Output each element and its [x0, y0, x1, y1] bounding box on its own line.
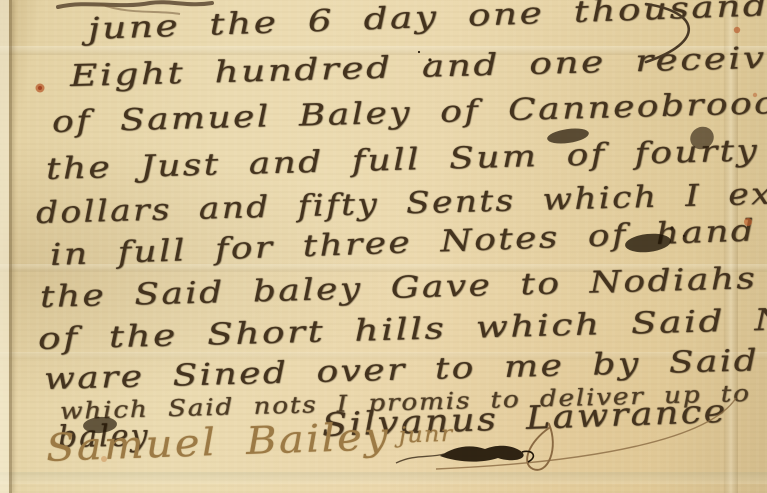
ink-flourish-overlay	[0, 0, 767, 493]
paper-texture	[0, 0, 767, 493]
manuscript-line-4: the Just and full Sum of fourty Nine	[46, 130, 767, 187]
signature-silvanus-lawrance: Silvanus Lawrance	[321, 392, 728, 444]
paper-left-edge-line	[9, 0, 12, 493]
ink-smudge	[440, 446, 524, 462]
signature-descender-loop	[527, 424, 553, 470]
manuscript-line-6: in full for three Notes of hand which	[49, 208, 767, 273]
paper-crease	[0, 46, 767, 55]
paper-crease	[0, 264, 767, 272]
paper-left-edge	[0, 0, 9, 493]
ink-speck	[428, 58, 431, 61]
paper-stain	[38, 86, 42, 90]
manuscript-page: june the 6 day one thousand Eight hundre…	[0, 0, 767, 493]
paper-crease	[0, 472, 767, 484]
manuscript-line-7: the Said baley Gave to Nodiahs potter	[40, 257, 767, 315]
paper-stain	[744, 218, 752, 226]
ink-blot-baley	[82, 416, 117, 434]
paper-stain	[753, 93, 757, 97]
ink-smudge-hook	[522, 451, 533, 462]
manuscript-line-2: Eight hundred and one received	[70, 39, 767, 94]
ink-blot-canoebrook	[546, 126, 590, 146]
manuscript-line-9: ware Sined over to me by Said potter	[44, 339, 767, 397]
manuscript-line-8: of the Short hills which Said Nots	[38, 301, 767, 357]
paper-stain	[734, 27, 740, 33]
manuscript-line-3: of Samuel Baley of Canneobroock	[52, 85, 767, 140]
pen-flourish-top-right	[646, 4, 689, 62]
paper-stain	[101, 456, 107, 462]
ink-speck	[683, 235, 685, 237]
manuscript-line-11: baley	[58, 418, 150, 455]
torn-top-edge-mark	[58, 2, 212, 7]
ink-speck	[418, 51, 420, 53]
paper-fold-crease	[724, 0, 738, 493]
signature-sweep-flourish	[436, 398, 736, 469]
manuscript-line-1: june the 6 day one thousand	[87, 0, 767, 47]
ink-speck	[670, 226, 673, 229]
signature-suffix-junr: junr	[398, 422, 453, 449]
torn-top-edge-shadow	[100, 4, 180, 14]
manuscript-line-5: dollars and fifty Sents which I except	[36, 174, 767, 231]
paper-crease	[0, 352, 767, 359]
signature-samuel-bailey-name: Samuel Bailey	[45, 414, 390, 470]
ink-smudge-tail	[396, 454, 444, 463]
manuscript-line-10: which Said nots I promis to deliver up t…	[60, 379, 767, 425]
signature-samuel-bailey: Samuel Baileyjunr	[45, 412, 454, 470]
ink-blot-word-ending	[686, 122, 718, 153]
paper-stain	[36, 84, 45, 93]
ink-blot-hand	[624, 232, 672, 255]
